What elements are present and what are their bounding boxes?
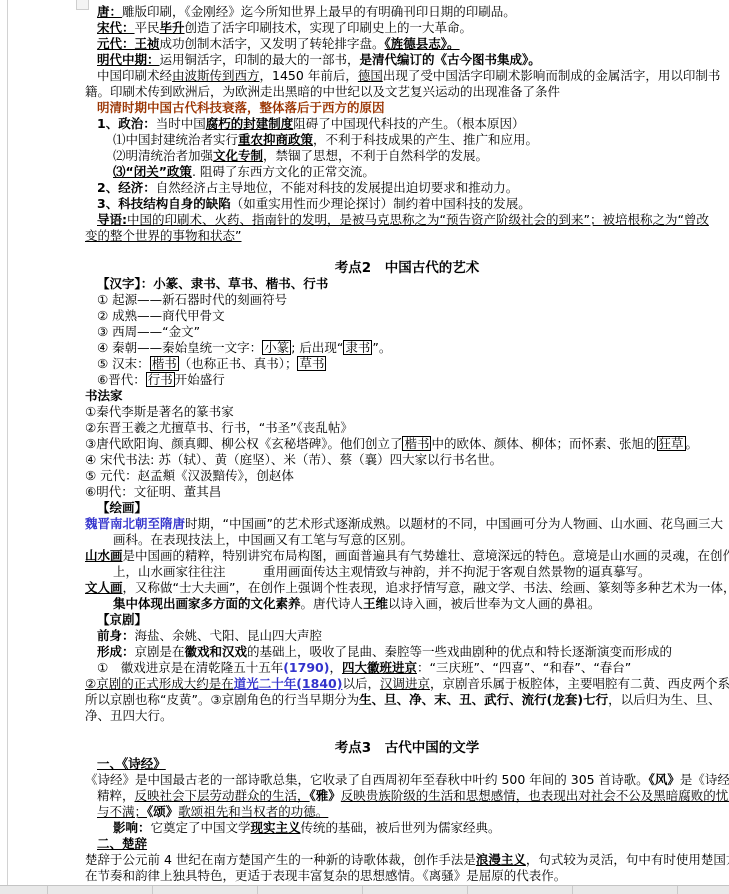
text-segment: 德国 [358, 68, 383, 83]
text-segment: ⑥明代：文征明、董其昌 [85, 484, 221, 499]
text-segment: ⑥晋代： [97, 372, 146, 387]
text-segment: 考点2 中国古代的艺术 [335, 260, 479, 276]
text-segment: 变的整个世界的事物和状态” [85, 228, 241, 243]
text-segment: ④ 秦朝——秦始皇统一文字： [97, 340, 262, 355]
text-line: 楚辞于公元前 4 世纪在南方楚国产生的一种新的诗歌体裁，创作手法是浪漫主义，句式… [0, 852, 729, 868]
text-line: 【绘画】 [0, 500, 729, 516]
text-line: ④ 秦朝——秦始皇统一文字：小篆; 后出现“隶书”。 [0, 340, 729, 356]
text-segment: 以后， [342, 676, 380, 691]
text-segment: 《雅》 [310, 788, 341, 803]
text-segment: ①秦代李斯是著名的篆书家 [85, 404, 234, 419]
text-line: 形成：京剧是在徽戏和汉戏的基础上，吸收了昆曲、秦腔等一些戏曲剧种的优点和特长逐渐… [0, 644, 729, 660]
text-segment: 传统的基础，被后世列为儒家经典。 [301, 820, 501, 835]
section-heading: 考点3 古代中国的文学 [0, 740, 729, 756]
text-segment: 文人画 [85, 580, 123, 595]
text-segment: 创造了活字印刷技术，实现了印刷史上的一大革命。 [185, 20, 473, 35]
text-segment: ，禁锢了思想，不利于自然科学的发展。 [263, 148, 488, 163]
text-segment: 歌颂祖先和当权者的功德。 [178, 804, 328, 819]
document-viewport: 唐：雕版印刷，《金刚经》迄今所知世界上最早的有明确刊印日期的印刷品。宋代：平民毕… [0, 0, 729, 894]
text-segment: 净、丑四大行。 [85, 708, 173, 723]
text-segment: 【绘画】 [97, 500, 147, 515]
text-line: ⑥晋代：行书开始盛行 [0, 372, 729, 388]
text-segment: 所以京剧也称“皮黄”。③京剧角色的行当早期分为 [85, 692, 359, 707]
text-segment: 上，山水画家往往注 重用画面传达主观情致与神韵，并不拘泥于客观自然景物的逼真摹写… [113, 564, 651, 579]
text-segment: 《颂》 [147, 804, 178, 819]
text-segment: 宋代： [97, 20, 135, 35]
text-line: ④ 宋代书法: 苏（轼）、黄（庭坚）、米（芾）、蔡（襄）四大家以行书名世。 [0, 452, 729, 468]
text-segment: 时期，“中国画”的艺术形式逐渐成熟。以题材的不同，中国画可分为人物画、山水画、花… [185, 516, 723, 531]
text-segment: 《诗经》是中国最古老的一部诗歌总集，它收录了自西周初年至春秋中叶约 500 年间… [85, 772, 649, 787]
text-line: 精粹，反映社会下层劳动群众的生活，《雅》反映贵族阶级的生活和思想感情，也表现出对… [0, 788, 729, 804]
text-segment: 魏晋南北朝至隋唐 [85, 516, 185, 531]
text-segment: 海盐、余姚、弋阳、昆山四大声腔 [135, 628, 323, 643]
text-segment: 中的欧体、颜体、柳体；而怀素、张旭的 [431, 436, 656, 451]
text-line: ⑤ 元代：赵孟頫《汉汲黯传》，创赵体 [0, 468, 729, 484]
text-segment: 它奠定了中国文学 [151, 820, 251, 835]
text-line: 集中体现出画家多方面的文化素养。唐代诗人王维以诗入画，被后世奉为文人画的鼻祖。 [0, 596, 729, 612]
text-segment: 中国印刷术经 [97, 68, 172, 83]
text-segment: 《风》 [649, 772, 680, 787]
text-segment: 唐： [97, 4, 122, 19]
text-line: ⑶“闭关”政策. 阻碍了东西方文化的正常交流。 [0, 164, 729, 180]
text-segment: ②京剧的正式形成大约是在 [85, 676, 234, 691]
text-line: ① 起源——新石器时代的刻画符号 [0, 292, 729, 308]
text-line: 书法家 [0, 388, 729, 404]
text-segment: ③ 西周——“金文” [97, 324, 200, 339]
text-segment: （也称正书、真书）； [179, 356, 298, 371]
text-segment: 王祯 [135, 36, 160, 51]
text-segment: 狂草 [657, 436, 686, 451]
text-line: 在节奏和韵律上独具特色，更适于表现丰富复杂的思想感情。《离骚》是屈原的代表作。 [0, 868, 729, 884]
text-segment: 楚辞于公元前 4 世纪在南方楚国产生的一种新的诗歌体裁，创作手法是 [85, 852, 476, 867]
text-segment: ② 成熟——商代甲骨文 [97, 308, 225, 323]
text-segment: 四大徽班进京 [342, 660, 417, 675]
text-line: 画科。在表现技法上，中国画又有工笔与写意的区别。 [0, 532, 729, 548]
text-segment: 与不满； [97, 804, 147, 819]
text-segment: 草书 [297, 356, 326, 371]
text-line: 与不满；《颂》歌颂祖先和当权者的功德。 [0, 804, 729, 820]
text-line: 影响：它奠定了中国文学现实主义传统的基础，被后世列为儒家经典。 [0, 820, 729, 836]
text-line [0, 244, 729, 260]
document-content: 唐：雕版印刷，《金刚经》迄今所知世界上最早的有明确刊印日期的印刷品。宋代：平民毕… [0, 0, 729, 894]
text-segment: ⑵明清统治者加强 [113, 148, 213, 163]
text-segment: ⑤ 汉末： [97, 356, 150, 371]
text-segment: 文化专制 [213, 148, 263, 163]
text-segment: 是清代编订的《古今图书集成》。 [360, 52, 541, 67]
text-segment: 精粹， [97, 788, 135, 803]
text-segment: ，又称做“士大夫画”，在创作上强调个性表现，追求抒情写意，融文学、书法、绘画、篆… [123, 580, 729, 595]
text-segment: 出现了受中国活字印刷术影响而制成的金属活字，用以印制书 [383, 68, 721, 83]
text-segment: ②东晋王羲之尤擅草书、行书，“书圣”《丧乱帖》 [85, 420, 353, 435]
text-line: ③ 西周——“金文” [0, 324, 729, 340]
text-segment: 汉调进京 [380, 676, 430, 691]
text-segment: 生、旦、净、末、丑、武行、流行(龙套)七行 [359, 692, 608, 707]
text-line: 中国印刷术经由波斯传到西方，1450 年前后，德国出现了受中国活字印刷术影响而制… [0, 68, 729, 84]
text-line: 山水画是中国画的精粹，特别讲究布局构图，画面普遍具有气势雄壮、意境深远的特色。意… [0, 548, 729, 564]
text-segment: 京剧是在 [135, 644, 185, 659]
text-line: 《诗经》是中国最古老的一部诗歌总集，它收录了自西周初年至春秋中叶约 500 年间… [0, 772, 729, 788]
text-line: 1、政治：当时中国腐朽的封建制度阻碍了中国现代科技的产生。（根本原因） [0, 116, 729, 132]
text-segment: ⑤ 元代：赵孟頫《汉汲黯传》，创赵体 [85, 468, 294, 483]
text-line: 净、丑四大行。 [0, 708, 729, 724]
text-segment: 书法家 [85, 388, 123, 403]
text-segment: 反映贵族阶级的生活和思想感情，也表现出对社会不公及黑暗腐败的忧虑 [341, 788, 729, 803]
text-line: ⑥明代：文征明、董其昌 [0, 484, 729, 500]
text-line: 二、楚辞 [0, 836, 729, 852]
text-segment: ① 徽戏进京是在清乾隆五十五年 [97, 660, 283, 675]
text-line: ⑵明清统治者加强文化专制，禁锢了思想，不利于自然科学的发展。 [0, 148, 729, 164]
text-segment: 3、科技结构自身的缺陷 [97, 196, 231, 211]
text-segment: 。唐代诗人 [301, 596, 364, 611]
text-segment: 现实主义 [251, 820, 301, 835]
text-line: ①秦代李斯是著名的篆书家 [0, 404, 729, 420]
text-segment: . 阻碍了东西方文化的正常交流。 [192, 164, 375, 179]
text-segment: 2、经济： [97, 180, 156, 195]
text-segment: ; 后出现“ [291, 340, 343, 355]
text-segment: 是《诗经》的 [680, 772, 729, 787]
text-line: 导语:中国的印刷术、火药、指南针的发明，是被马克思称之为“预告资产阶级社会的到来… [0, 212, 729, 228]
text-segment: 王维 [363, 596, 388, 611]
text-line: 【京剧】 [0, 612, 729, 628]
text-segment: 小篆 [262, 340, 291, 355]
text-line: 籍。印刷术传到欧洲后，为欧洲走出黑暗的中世纪以及文艺复兴运动的出现准备了条件 [0, 84, 729, 100]
text-segment: 阻碍了中国现代科技的产生。（根本原因） [293, 116, 524, 131]
text-segment: 浪漫主义 [476, 852, 526, 867]
text-segment: 前身： [97, 628, 135, 643]
text-segment: 二、楚辞 [97, 836, 147, 851]
text-segment: 形成： [97, 644, 135, 659]
text-segment: 平民 [135, 20, 160, 35]
text-line: 元代：王祯成功创制木活字，又发明了转轮排字盘。《旌德县志》。 [0, 36, 729, 52]
text-line: 所以京剧也称“皮黄”。③京剧角色的行当早期分为生、旦、净、末、丑、武行、流行(龙… [0, 692, 729, 708]
text-line: 【汉字】：小篆、隶书、草书、楷书、行书 [0, 276, 729, 292]
text-segment: 籍。印刷术传到欧洲后，为欧洲走出黑暗的中世纪以及文艺复兴运动的出现准备了条件 [85, 84, 560, 99]
text-segment: 集中体现出画家多方面的文化素养 [113, 596, 301, 611]
text-segment: 是中国画的精粹，特别讲究布局构图，画面普遍具有气势雄壮、意境深远的特色。意境是山… [123, 548, 729, 563]
document-page[interactable]: 唐：雕版印刷，《金刚经》迄今所知世界上最早的有明确刊印日期的印刷品。宋代：平民毕… [0, 0, 729, 885]
text-segment: 。 [686, 436, 699, 451]
text-segment: 1、政治： [97, 116, 156, 131]
text-line: 文人画，又称做“士大夫画”，在创作上强调个性表现，追求抒情写意，融文学、书法、绘… [0, 580, 729, 596]
text-segment: ，1450 年前后， [260, 68, 358, 83]
text-segment: 一、《诗经》 [97, 756, 166, 771]
text-line: 变的整个世界的事物和状态” [0, 228, 729, 244]
text-segment: ，以后归为生、旦、 [608, 692, 721, 707]
text-line: 3、科技结构自身的缺陷（如重实用性而少理论探讨）制约着中国科技的发展。 [0, 196, 729, 212]
text-line: 前身：海盐、余姚、弋阳、昆山四大声腔 [0, 628, 729, 644]
text-segment: 毕升 [160, 20, 185, 35]
text-segment: 道光二十年(1840) [234, 676, 343, 691]
text-segment: 以诗入画，被后世奉为文人画的鼻祖。 [388, 596, 601, 611]
text-segment: ”。 [372, 340, 391, 355]
text-segment: ， [329, 660, 342, 675]
text-segment: 明清时期中国古代科技衰落，整体落后于西方的原因 [97, 100, 385, 115]
text-segment: 行书 [146, 372, 175, 387]
text-segment: 影响： [113, 820, 151, 835]
text-line: 上，山水画家往往注 重用画面传达主观情致与神韵，并不拘泥于客观自然景物的逼真摹写… [0, 564, 729, 580]
text-line: ②东晋王羲之尤擅草书、行书，“书圣”《丧乱帖》 [0, 420, 729, 436]
text-segment: ⑴中国封建统治者实行 [113, 132, 238, 147]
text-segment: 由波斯传到西方 [172, 68, 260, 83]
text-segment: 自然经济占主导地位，不能对科技的发展提出迫切要求和推动力。 [156, 180, 519, 195]
text-segment: 考点3 古代中国的文学 [335, 740, 479, 756]
text-line: ⑴中国封建统治者实行重农抑商政策，不利于科技成果的产生、推广和应用。 [0, 132, 729, 148]
section-heading: 考点2 中国古代的艺术 [0, 260, 729, 276]
text-segment: ，句式较为灵活，句中有时使用楚国方言， [526, 852, 729, 867]
text-segment: 导语: [97, 212, 127, 227]
text-segment: 重农抑商政策 [238, 132, 313, 147]
text-segment: 元代： [97, 36, 135, 51]
text-segment: 徽戏和汉戏 [185, 644, 248, 659]
text-segment: ，不利于科技成果的产生、推广和应用。 [313, 132, 538, 147]
text-segment: ④ 宋代书法: 苏（轼）、黄（庭坚）、米（芾）、蔡（襄）四大家以行书名世。 [85, 452, 502, 467]
text-line: 明代中期：运用铜活字，印制的最大的一部书，是清代编订的《古今图书集成》。 [0, 52, 729, 68]
text-segment: ⑶“闭关”政策 [113, 164, 192, 179]
text-segment: 当时中国 [156, 116, 206, 131]
text-segment: 运用铜活字，印制的最大的一部书， [160, 52, 360, 67]
text-segment: 明代中期： [97, 52, 160, 67]
text-line: 唐：雕版印刷，《金刚经》迄今所知世界上最早的有明确刊印日期的印刷品。 [0, 4, 729, 20]
text-segment: 【京剧】 [97, 612, 147, 627]
text-segment: ③唐代欧阳询、颜真卿、柳公权《玄秘塔碑》。他们创立了 [85, 436, 402, 451]
text-segment: 隶书 [343, 340, 372, 355]
text-segment: （如重实用性而少理论探讨）制约着中国科技的发展。 [231, 196, 531, 211]
text-line: ② 成熟——商代甲骨文 [0, 308, 729, 324]
text-segment: 的基础上，吸收了昆曲、秦腔等一些戏曲剧种的优点和特长逐渐演变而形成的 [247, 644, 672, 659]
text-segment: 腐朽的封建制度 [206, 116, 294, 131]
text-segment: (1790) [283, 660, 329, 675]
text-line: 宋代：平民毕升创造了活字印刷技术，实现了印刷史上的一大革命。 [0, 20, 729, 36]
text-segment: 画科。在表现技法上，中国画又有工笔与写意的区别。 [113, 532, 413, 547]
text-line: ③唐代欧阳询、颜真卿、柳公权《玄秘塔碑》。他们创立了楷书中的欧体、颜体、柳体；而… [0, 436, 729, 452]
background-grid-row [0, 885, 729, 894]
text-segment: 反映社会下层劳动群众的生活， [135, 788, 310, 803]
text-segment: 开始盛行 [175, 372, 225, 387]
text-segment: 在节奏和韵律上独具特色，更适于表现丰富复杂的思想感情。《离骚》是屈原的代表作。 [85, 868, 566, 883]
text-segment: 雕版印刷，《金刚经》迄今所知世界上最早的有明确刊印日期的印刷品。 [122, 4, 516, 19]
text-segment: 【汉字】：小篆、隶书、草书、楷书、行书 [97, 276, 328, 291]
text-segment: 楷书 [150, 356, 179, 371]
text-line: ① 徽戏进京是在清乾隆五十五年(1790)，四大徽班进京：“三庆班”、“四喜”、… [0, 660, 729, 676]
text-segment: ：“三庆班”、“四喜”、“和春”、“春台” [417, 660, 631, 675]
text-line: 2、经济：自然经济占主导地位，不能对科技的发展提出迫切要求和推动力。 [0, 180, 729, 196]
text-line: 明清时期中国古代科技衰落，整体落后于西方的原因 [0, 100, 729, 116]
text-segment: ，京剧音乐属于板腔体，主要唱腔有二黄、西皮两个系统， [430, 676, 729, 691]
text-line: ②京剧的正式形成大约是在道光二十年(1840)以后，汉调进京，京剧音乐属于板腔体… [0, 676, 729, 692]
text-segment: 楷书 [402, 436, 431, 451]
text-line: ⑤ 汉末：楷书（也称正书、真书）；草书 [0, 356, 729, 372]
text-line [0, 724, 729, 740]
text-line: 一、《诗经》 [0, 756, 729, 772]
text-segment: 《旌德县志》。 [385, 36, 460, 51]
text-segment: 中国的印刷术、火药、指南针的发明，是被马克思称之为“预告资产阶级社会的到来”；被… [127, 212, 709, 227]
text-line: 魏晋南北朝至隋唐时期，“中国画”的艺术形式逐渐成熟。以题材的不同，中国画可分为人… [0, 516, 729, 532]
text-segment: ① 起源——新石器时代的刻画符号 [97, 292, 287, 307]
text-segment: 成功创制木活字，又发明了转轮排字盘。 [160, 36, 385, 51]
text-segment: 山水画 [85, 548, 123, 563]
